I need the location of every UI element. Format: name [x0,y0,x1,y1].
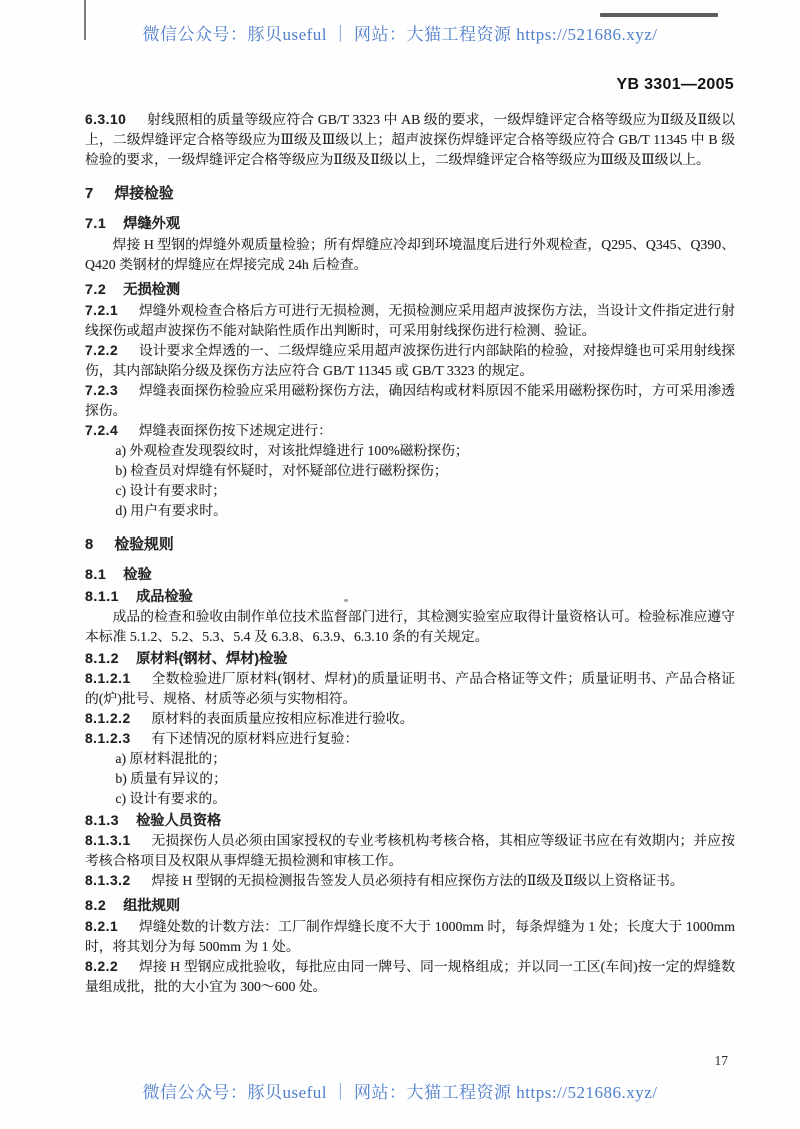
clause-number: 8.1.3 [85,813,119,829]
section-heading-8.1.3: 8.1.3检验人员资格 [85,811,735,831]
paragraph-8.1.3.1: 8.1.3.1无损探伤人员必须由国家授权的专业考核机构考核合格，其相应等级证书应… [85,831,735,871]
paragraph-7.2.3: 7.2.3焊缝表面探伤检验应采用磁粉探伤方法，确因结构或材料原因不能采用磁粉探伤… [85,381,735,421]
paragraph-8.1.2.2: 8.1.2.2原材料的表面质量应按相应标准进行验收。 [85,709,735,729]
paragraph-6.3.10: 6.3.10射线照相的质量等级应符合 GB/T 3323 中 AB 级的要求，一… [85,110,735,170]
clause-number: 8.2.2 [85,959,118,974]
paragraph-item-9: a) 外观检查发现裂纹时，对该批焊缝进行 100%磁粉探伤； [85,441,735,461]
clause-text: 无损检测 [123,282,180,298]
clause-number: 8.2 [85,898,106,914]
paragraph-8.1.2.1: 8.1.2.1全数检验进厂原材料(钢材、焊材)的质量证明书、产品合格证等文件；质… [85,669,735,709]
paragraph-8.2.2: 8.2.2焊接 H 型钢应成批验收，每批应由同一牌号、同一规格组成；并以同一工区… [85,957,735,997]
clause-number: 6.3.10 [85,112,126,127]
clause-number: 7.2.2 [85,343,118,358]
clause-text: 检验人员资格 [136,813,221,829]
clause-number: 7.2.1 [85,303,118,318]
clause-number: 7.1 [85,216,106,232]
clause-text: 无损探伤人员必须由国家授权的专业考核机构考核合格，其相应等级证书应在有效期内；并… [85,833,735,868]
clause-number: 8 [85,537,94,553]
paragraph-item-22: b) 质量有异议的； [85,769,735,789]
clause-number: 8.1.2.3 [85,731,131,746]
paragraph-item-11: c) 设计有要求时； [85,481,735,501]
clause-text: 焊接 H 型钢的无损检测报告签发人员必须持有相应探伤方法的Ⅱ级及Ⅱ级以上资格证书… [151,873,683,888]
paragraph-8.1.2.3: 8.1.2.3有下述情况的原材料应进行复验： [85,729,735,749]
clause-number: 8.1.1 [85,589,119,605]
clause-number: 8.1 [85,567,106,583]
clause-number: 8.2.1 [85,919,118,934]
scan-artifact-horizontal-line [600,13,718,17]
clause-text: 成品的检查和验收由制作单位技术监督部门进行，其检测实验室应取得计量资格认可。检验… [85,609,735,644]
clause-number: 8.1.3.2 [85,873,131,888]
clause-number: 8.1.2.2 [85,711,131,726]
paragraph-item-12: d) 用户有要求时。 [85,501,735,521]
document-body: 6.3.10射线照相的质量等级应符合 GB/T 3323 中 AB 级的要求，一… [85,110,735,997]
paragraph-item-23: c) 设计有要求的。 [85,789,735,809]
clause-text: a) 原材料混批的； [115,751,226,766]
clause-text: 组批规则 [123,898,180,914]
clause-text: 焊缝表面探伤检验应采用磁粉探伤方法，确因结构或材料原因不能采用磁粉探伤时，方可采… [85,383,735,418]
clause-text: c) 设计有要求的。 [115,791,226,806]
paragraph-8.2.1: 8.2.1焊缝处数的计数方法：工厂制作焊缝长度不大于 1000mm 时，每条焊缝… [85,917,735,957]
scanned-document-page: 微信公众号：豚贝useful ｜ 网站：大猫工程资源 https://52168… [0,0,800,1129]
clause-text: d) 用户有要求时。 [115,503,227,518]
clause-number: 7.2.3 [85,383,118,398]
clause-text: 焊接检验 [114,186,173,202]
paragraph-item-16: 成品的检查和验收由制作单位技术监督部门进行，其检测实验室应取得计量资格认可。检验… [85,607,735,647]
paragraph-item-3: 焊接 H 型钢的焊缝外观质量检验；所有焊缝应冷却到环境温度后进行外观检查，Q29… [85,235,735,275]
section-heading-8.1.1: 8.1.1成品检验 [85,587,735,607]
clause-text: b) 检查员对焊缝有怀疑时，对怀疑部位进行磁粉探伤； [115,463,447,478]
clause-text: a) 外观检查发现裂纹时，对该批焊缝进行 100%磁粉探伤； [115,443,468,458]
section-heading-8: 8检验规则 [85,535,735,555]
clause-text: b) 质量有异议的； [115,771,227,786]
clause-number: 7.2.4 [85,423,118,438]
clause-text: 焊缝处数的计数方法：工厂制作焊缝长度不大于 1000mm 时，每条焊缝为 1 处… [85,919,735,954]
clause-number: 8.1.2 [85,651,119,667]
section-heading-7.2: 7.2无损检测 [85,280,735,300]
watermark-bottom: 微信公众号：豚贝useful ｜ 网站：大猫工程资源 https://52168… [0,1078,800,1103]
section-heading-8.1: 8.1检验 [85,565,735,585]
paragraph-7.2.1: 7.2.1焊缝外观检查合格后方可进行无损检测，无损检测应采用超声波探伤方法，当设… [85,301,735,341]
clause-text: 有下述情况的原材料应进行复验： [151,731,358,746]
clause-text: 射线照相的质量等级应符合 GB/T 3323 中 AB 级的要求，一级焊缝评定合… [85,112,735,167]
standard-code: YB 3301—2005 [617,76,734,94]
paragraph-8.1.3.2: 8.1.3.2焊接 H 型钢的无损检测报告签发人员必须持有相应探伤方法的Ⅱ级及Ⅱ… [85,871,735,891]
paragraph-7.2.2: 7.2.2设计要求全焊透的一、二级焊缝应采用超声波探伤进行内部缺陷的检验，对接焊… [85,341,735,381]
clause-text: 全数检验进厂原材料(钢材、焊材)的质量证明书、产品合格证等文件；质量证明书、产品… [85,671,735,706]
watermark-top: 微信公众号：豚贝useful ｜ 网站：大猫工程资源 https://52168… [0,20,800,45]
clause-text: 原材料的表面质量应按相应标准进行验收。 [151,711,413,726]
clause-text: 原材料(钢材、焊材)检验 [136,651,287,667]
clause-text: c) 设计有要求时； [115,483,226,498]
clause-text: 焊接 H 型钢的焊缝外观质量检验；所有焊缝应冷却到环境温度后进行外观检查，Q29… [85,237,735,272]
clause-text: 焊缝外观 [123,216,180,232]
page-number: 17 [715,1053,729,1069]
clause-number: 8.1.3.1 [85,833,131,848]
clause-text: 焊缝表面探伤按下述规定进行： [139,423,332,438]
paragraph-item-10: b) 检查员对焊缝有怀疑时，对怀疑部位进行磁粉探伤； [85,461,735,481]
clause-text: 检验 [123,567,151,583]
paragraph-item-21: a) 原材料混批的； [85,749,735,769]
clause-text: 焊接 H 型钢应成批验收，每批应由同一牌号、同一规格组成；并以同一工区(车间)按… [85,959,735,994]
section-heading-8.1.2: 8.1.2原材料(钢材、焊材)检验 [85,649,735,669]
clause-text: 设计要求全焊透的一、二级焊缝应采用超声波探伤进行内部缺陷的检验，对接焊缝也可采用… [85,343,735,378]
clause-text: 成品检验 [136,589,193,605]
clause-number: 8.1.2.1 [85,671,131,686]
section-heading-7.1: 7.1焊缝外观 [85,214,735,234]
section-heading-8.2: 8.2组批规则 [85,896,735,916]
scan-artifact-vertical-line [84,0,86,40]
clause-text: 检验规则 [114,537,173,553]
clause-number: 7 [85,186,94,202]
paragraph-7.2.4: 7.2.4焊缝表面探伤按下述规定进行： [85,421,735,441]
section-heading-7: 7焊接检验 [85,184,735,204]
clause-number: 7.2 [85,282,106,298]
clause-text: 焊缝外观检查合格后方可进行无损检测，无损检测应采用超声波探伤方法，当设计文件指定… [85,303,735,338]
